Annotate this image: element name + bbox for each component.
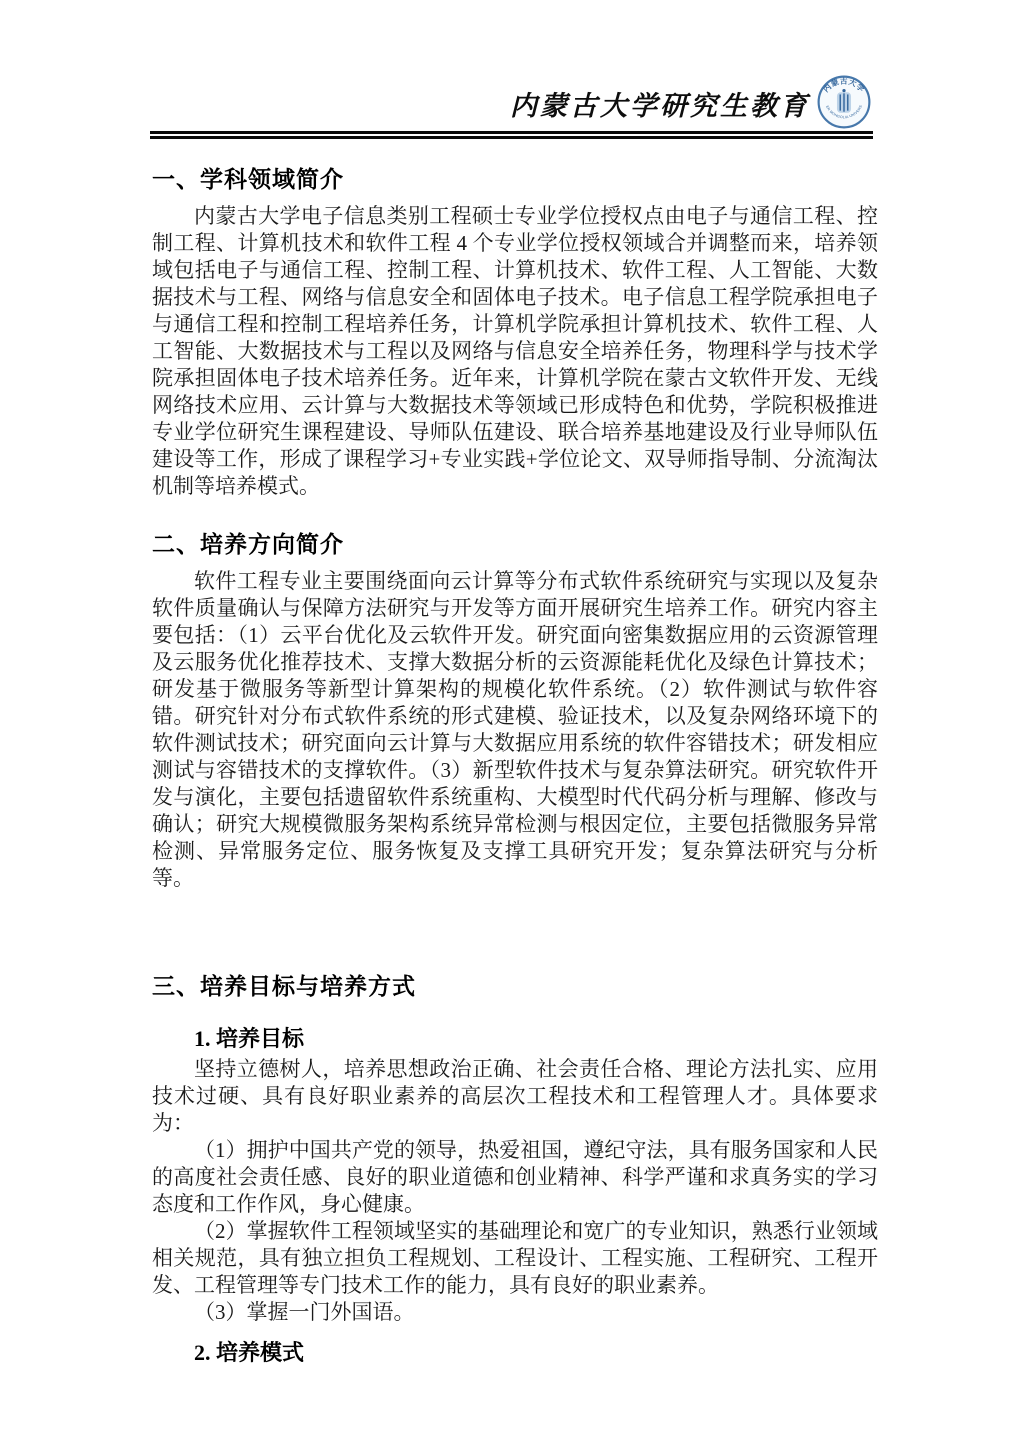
subsection-heading-training-mode: 2. 培养模式 (152, 1339, 878, 1366)
section-heading-training-direction: 二、培养方向简介 (152, 531, 878, 558)
section-paragraph-training-direction: 软件工程专业主要围绕面向云计算等分布式软件系统研究与实现以及复杂软件质量确认与保… (152, 568, 878, 892)
training-goal-intro-paragraph: 坚持立德树人，培养思想政治正确、社会责任合格、理论方法扎实、应用技术过硬、具有良… (152, 1056, 878, 1137)
section-paragraph-discipline-overview: 内蒙古大学电子信息类别工程硕士专业学位授权点由电子与通信工程、控制工程、计算机技… (152, 203, 878, 500)
document-page: 内蒙古大学研究生教育 内蒙古大学 INNER MONGOLIA UNIVERSI… (0, 0, 1024, 1447)
section-heading-training-goals: 三、培养目标与培养方式 (152, 973, 878, 1000)
subsection-heading-training-goal: 1. 培养目标 (152, 1025, 878, 1052)
section-heading-discipline-overview: 一、学科领域简介 (152, 166, 878, 193)
training-goal-requirement-2: （2）掌握软件工程领域坚实的基础理论和宽广的专业知识，熟悉行业领域相关规范，具有… (152, 1218, 878, 1299)
training-goal-requirement-3: （3）掌握一门外国语。 (152, 1299, 878, 1326)
training-goal-requirement-1: （1）拥护中国共产党的领导，热爱祖国，遵纪守法，具有服务国家和人民的高度社会责任… (152, 1137, 878, 1218)
document-content: 一、学科领域简介 内蒙古大学电子信息类别工程硕士专业学位授权点由电子与通信工程、… (152, 0, 878, 1366)
